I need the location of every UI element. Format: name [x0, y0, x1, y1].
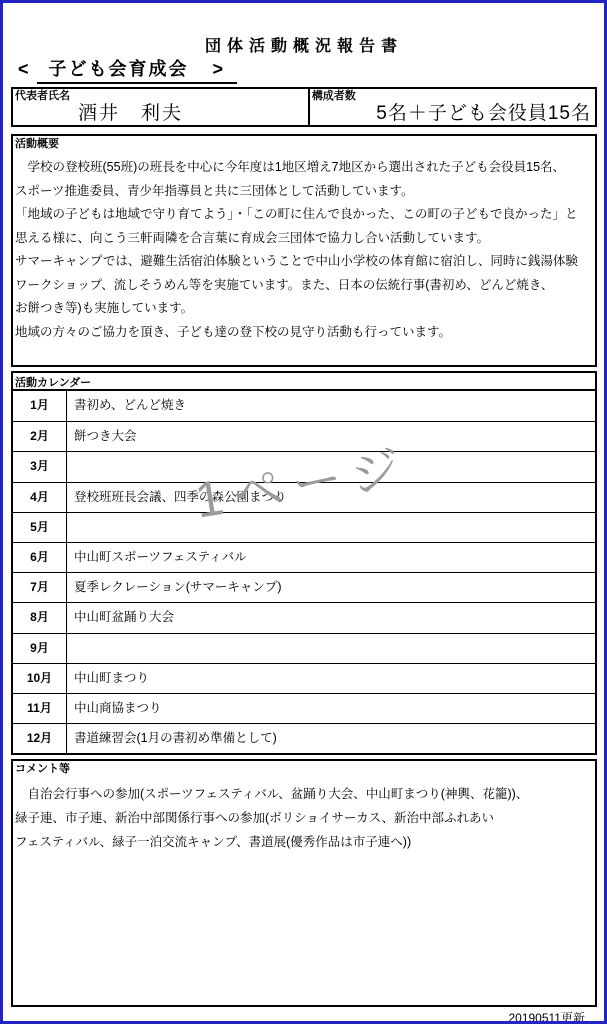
- page-title: 団体活動概況報告書: [11, 3, 597, 55]
- report-page: { "header": { "title": "団体活動概況報告書", "org…: [0, 0, 607, 1024]
- calendar-month-cell: 10月: [13, 664, 67, 693]
- calendar-event-cell: 中山町まつり: [67, 664, 595, 693]
- calendar-month-cell: 8月: [13, 603, 67, 632]
- org-bracket-open: <: [18, 59, 31, 79]
- calendar-event-cell: [67, 452, 595, 481]
- overview-text-line: スポーツ推進委員、青少年指導員と共に三団体として活動しています。: [13, 180, 595, 204]
- representative-cell: 代表者氏名 酒井 利夫: [13, 89, 310, 125]
- calendar-row: 9月: [13, 633, 595, 663]
- calendar-event-cell: [67, 634, 595, 663]
- calendar-row: 8月 中山町盆踊り大会: [13, 602, 595, 632]
- calendar-row: 5月: [13, 512, 595, 542]
- calendar-event-cell: 夏季レクレーション(サマーキャンプ): [67, 573, 595, 602]
- calendar-month-cell: 4月: [13, 483, 67, 512]
- overview-text-line: サマーキャンプでは、避難生活宿泊体験ということで中山小学校の体育館に宿泊し、同時…: [13, 250, 595, 274]
- calendar-month-cell: 7月: [13, 573, 67, 602]
- comments-label: コメント等: [13, 761, 595, 776]
- organization-name-line: <子ども会育成会>: [11, 55, 597, 81]
- overview-text-line: お餅つき等)も実施しています。: [13, 297, 595, 321]
- updated-date: 20190511更新: [11, 1007, 597, 1023]
- representative-value: 酒井 利夫: [13, 103, 308, 125]
- activity-overview-label: 活動概要: [13, 136, 595, 151]
- org-name: 子ども会育成会: [49, 59, 189, 79]
- org-name-underlined: 子ども会育成会>: [37, 55, 238, 84]
- calendar-row: 12月 書道練習会(1月の書初め準備として): [13, 723, 595, 753]
- activity-overview-section: 活動概要 学校の登校班(55班)の班長を中心に今年度は1地区増え7地区から選出さ…: [11, 134, 597, 367]
- activity-overview-text: 学校の登校班(55班)の班長を中心に今年度は1地区増え7地区から選出された子ども…: [13, 151, 595, 344]
- calendar-event-cell: 中山商協まつり: [67, 694, 595, 723]
- calendar-row: 2月 餅つき大会: [13, 421, 595, 451]
- calendar-month-cell: 5月: [13, 513, 67, 542]
- members-cell: 構成者数 5名＋子ども会役員15名: [310, 89, 595, 125]
- calendar-event-cell: 中山町スポーツフェスティバル: [67, 543, 595, 572]
- comment-text-line: 自治会行事への参加(スポーツフェスティバル、盆踊り大会、中山町まつり(神輿、花籠…: [13, 782, 595, 806]
- calendar-month-cell: 2月: [13, 422, 67, 451]
- calendar-month-cell: 9月: [13, 634, 67, 663]
- calendar-month-cell: 6月: [13, 543, 67, 572]
- calendar-event-cell: 書初め、どんど焼き: [67, 391, 595, 421]
- calendar-event-cell: [67, 513, 595, 542]
- document-body: 団体活動概況報告書 <子ども会育成会> 代表者氏名 酒井 利夫 構成者数 5名＋…: [3, 3, 604, 1023]
- calendar-month-cell: 11月: [13, 694, 67, 723]
- activity-calendar-label: 活動カレンダー: [13, 373, 595, 391]
- members-label: 構成者数: [310, 89, 595, 103]
- calendar-event-cell: 書道練習会(1月の書初め準備として): [67, 724, 595, 753]
- representative-label: 代表者氏名: [13, 89, 308, 103]
- calendar-row: 6月 中山町スポーツフェスティバル: [13, 542, 595, 572]
- members-value: 5名＋子ども会役員15名: [310, 103, 595, 125]
- calendar-event-cell: 登校班班長会議、四季の森公園まつり: [67, 483, 595, 512]
- calendar-row: 11月 中山商協まつり: [13, 693, 595, 723]
- calendar-event-cell: 中山町盆踊り大会: [67, 603, 595, 632]
- overview-text-line: 地域の方々のご協力を頂き、子ども達の登下校の見守り活動も行っています。: [13, 321, 595, 345]
- representative-table: 代表者氏名 酒井 利夫 構成者数 5名＋子ども会役員15名: [11, 87, 597, 127]
- overview-text-line: 学校の登校班(55班)の班長を中心に今年度は1地区増え7地区から選出された子ども…: [13, 156, 595, 180]
- calendar-row: 7月 夏季レクレーション(サマーキャンプ): [13, 572, 595, 602]
- comments-text: 自治会行事への参加(スポーツフェスティバル、盆踊り大会、中山町まつり(神輿、花籠…: [13, 776, 595, 854]
- overview-text-line: 「地域の子どもは地域で守り育てよう」・「この町に住んで良かった、この町の子どもで…: [13, 203, 595, 227]
- calendar-row: 1月 書初め、どんど焼き: [13, 391, 595, 421]
- comment-text-line: フェスティバル、緑子一泊交流キャンプ、書道展(優秀作品は市子連へ)): [13, 830, 595, 854]
- calendar-month-cell: 3月: [13, 452, 67, 481]
- calendar-row: 3月: [13, 451, 595, 481]
- calendar-month-cell: 12月: [13, 724, 67, 753]
- org-bracket-close: >: [213, 59, 226, 79]
- overview-text-line: ワークショップ、流しそうめん等を実施ています。また、日本の伝統行事(書初め、どん…: [13, 274, 595, 298]
- comments-section: コメント等 自治会行事への参加(スポーツフェスティバル、盆踊り大会、中山町まつり…: [11, 759, 597, 1007]
- calendar-month-cell: 1月: [13, 391, 67, 421]
- comment-text-line: 緑子連、市子連、新治中部関係行事への参加(ボリショイサーカス、新治中部ふれあい: [13, 806, 595, 830]
- calendar-event-cell: 餅つき大会: [67, 422, 595, 451]
- overview-text-line: 思える様に、向こう三軒両隣を合言葉に育成会三団体で協力し合い活動しています。: [13, 227, 595, 251]
- calendar-row: 4月 登校班班長会議、四季の森公園まつり: [13, 482, 595, 512]
- calendar-row: 10月 中山町まつり: [13, 663, 595, 693]
- activity-calendar-section: 活動カレンダー 1月 書初め、どんど焼き 2月 餅つき大会 3月 4月 登校班班…: [11, 371, 597, 755]
- activity-calendar-rows: 1月 書初め、どんど焼き 2月 餅つき大会 3月 4月 登校班班長会議、四季の森…: [13, 391, 595, 753]
